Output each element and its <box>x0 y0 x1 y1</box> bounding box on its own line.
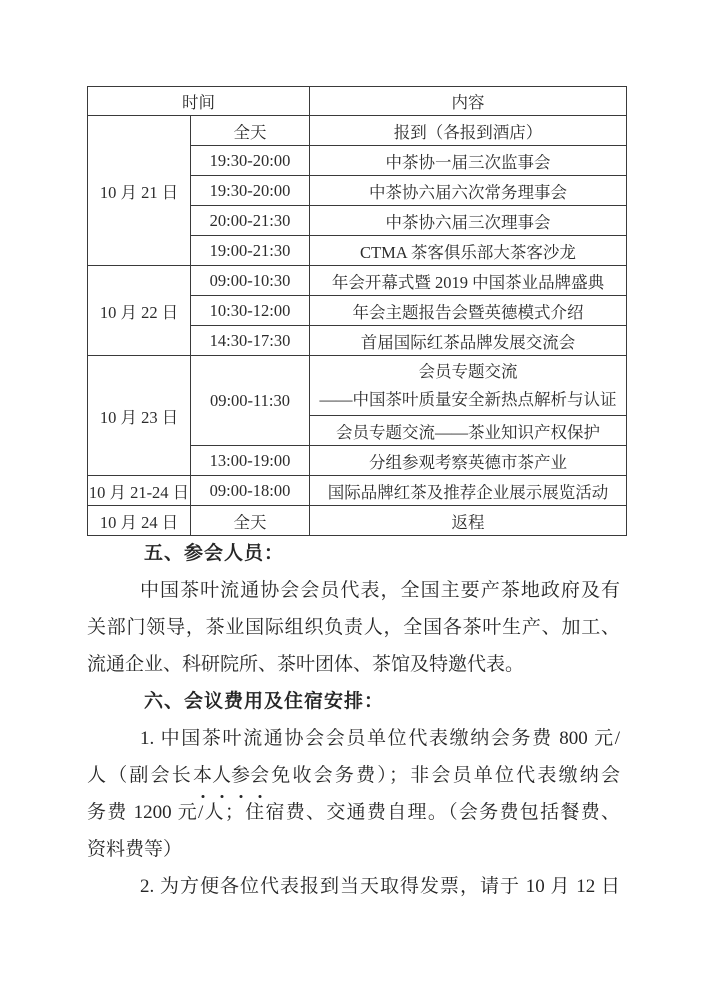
content-line: 会员专题交流 <box>310 358 626 386</box>
time-cell: 19:30-20:00 <box>191 146 310 176</box>
table-header-row: 时间 内容 <box>88 87 627 116</box>
table-row: 10 月 24 日全天返程 <box>88 506 627 536</box>
header-content-cell: 内容 <box>310 87 627 116</box>
time-cell: 13:00-19:00 <box>191 446 310 476</box>
table-row: 10 月 21-24 日09:00-18:00国际品牌红茶及推荐企业展示展览活动 <box>88 476 627 506</box>
text-line: 关部门领导，茶业国际组织负责人，全国各茶叶生产、加工、 <box>87 609 620 646</box>
date-cell: 10 月 21-24 日 <box>88 476 191 506</box>
time-cell: 20:00-21:30 <box>191 206 310 236</box>
emphasized-char: 参 <box>231 757 250 794</box>
text-line: 资料费等） <box>87 831 620 868</box>
text-line: 中国茶叶流通协会会员代表，全国主要产茶地政府及有 <box>87 572 620 609</box>
content-cell: 中茶协六届三次理事会 <box>310 206 627 236</box>
time-cell: 全天 <box>191 506 310 536</box>
content-cell: CTMA 茶客俱乐部大茶客沙龙 <box>310 236 627 266</box>
content-cell: 中茶协一届三次监事会 <box>310 146 627 176</box>
text-line: 1. 中国茶叶流通协会会员单位代表缴纳会务费 800 元/ <box>87 720 620 757</box>
table-row: 10 月 21 日全天报到（各报到酒店） <box>88 116 627 146</box>
date-cell: 10 月 24 日 <box>88 506 191 536</box>
content-cell: 首届国际红茶品牌发展交流会 <box>310 326 627 356</box>
content-cell: 会员专题交流——茶业知识产权保护 <box>310 416 627 446</box>
time-cell: 全天 <box>191 116 310 146</box>
content-cell: 分组参观考察英德市茶产业 <box>310 446 627 476</box>
emphasized-char: 本 <box>193 757 212 794</box>
content-cell: 会员专题交流——中国茶叶质量安全新热点解析与认证 <box>310 356 627 416</box>
time-cell: 10:30-12:00 <box>191 296 310 326</box>
time-cell: 09:00-18:00 <box>191 476 310 506</box>
schedule-table: 时间 内容 10 月 21 日全天报到（各报到酒店）19:30-20:00中茶协… <box>87 86 627 536</box>
text-line: 人（副会长本人参会免收会务费）；非会员单位代表缴纳会 <box>87 757 620 794</box>
table-row: 10 月 22 日09:00-10:30年会开幕式暨 2019 中国茶业品牌盛典 <box>88 266 627 296</box>
date-cell: 10 月 22 日 <box>88 266 191 356</box>
date-cell: 10 月 23 日 <box>88 356 191 476</box>
content-cell: 年会主题报告会暨英德模式介绍 <box>310 296 627 326</box>
content-line: ——中国茶叶质量安全新热点解析与认证 <box>310 386 626 414</box>
emphasized-char: 会 <box>250 757 269 794</box>
date-cell: 10 月 21 日 <box>88 116 191 266</box>
time-cell: 19:30-20:00 <box>191 176 310 206</box>
section-heading: 五、参会人员： <box>87 535 620 572</box>
text-line: 流通企业、科研院所、茶叶团体、茶馆及特邀代表。 <box>87 646 620 683</box>
header-time-cell: 时间 <box>88 87 310 116</box>
content-cell: 中茶协六届六次常务理事会 <box>310 176 627 206</box>
content-cell: 返程 <box>310 506 627 536</box>
content-cell: 国际品牌红茶及推荐企业展示展览活动 <box>310 476 627 506</box>
content-cell: 报到（各报到酒店） <box>310 116 627 146</box>
content-cell: 年会开幕式暨 2019 中国茶业品牌盛典 <box>310 266 627 296</box>
section-heading: 六、会议费用及住宿安排： <box>87 683 620 720</box>
time-cell: 14:30-17:30 <box>191 326 310 356</box>
time-cell: 19:00-21:30 <box>191 236 310 266</box>
table-row: 10 月 23 日09:00-11:30会员专题交流——中国茶叶质量安全新热点解… <box>88 356 627 416</box>
time-cell: 09:00-10:30 <box>191 266 310 296</box>
text-line: 2. 为方便各位代表报到当天取得发票，请于 10 月 12 日 <box>87 868 620 905</box>
emphasized-char: 人 <box>212 757 231 794</box>
text-line: 务费 1200 元/人；住宿费、交通费自理。（会务费包括餐费、 <box>87 794 620 831</box>
document-page: 时间 内容 10 月 21 日全天报到（各报到酒店）19:30-20:00中茶协… <box>0 0 707 1000</box>
time-cell: 09:00-11:30 <box>191 356 310 446</box>
document-body: 五、参会人员：中国茶叶流通协会会员代表，全国主要产茶地政府及有关部门领导，茶业国… <box>87 535 620 905</box>
